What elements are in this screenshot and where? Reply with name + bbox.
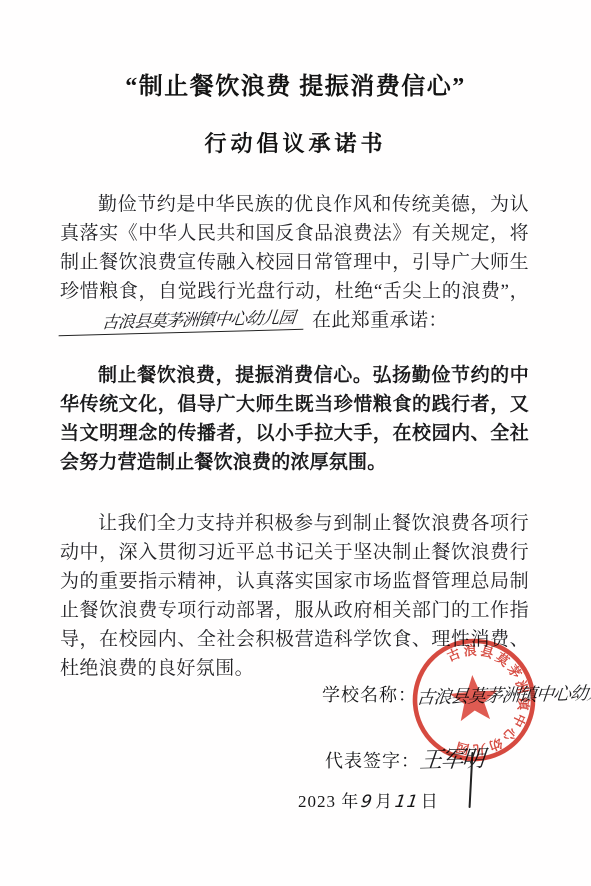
paragraph-opening: 勤俭节约是中华民族的优良作风和传统美德，为认真落实《中华人民共和国反食品浪费法》… <box>60 190 529 335</box>
paragraph-pledge: 制止餐饮浪费，提振消费信心。弘扬勤俭节约的中华传统文化，倡导广大师生既当珍惜粮食… <box>60 361 529 477</box>
seal-star-icon <box>449 673 500 721</box>
date-year-printed: 2023 年 <box>298 792 359 811</box>
document-header: “制止餐饮浪费 提振消费信心” 行动倡议承诺书 <box>0 0 591 158</box>
official-red-seal: 古浪县莫茅洲镇中心幼儿园 <box>404 630 545 771</box>
handwritten-school-name-inline: 古浪县莫茅洲镇中心幼儿园 <box>59 308 306 336</box>
school-name-label: 学校名称： <box>322 685 417 705</box>
date-month-handwritten: 9 <box>358 792 377 812</box>
date-day-label: 日 <box>421 792 439 811</box>
paragraph-opening-text-start: 勤俭节约是中华民族的优良作风和传统美德，为认真落实《中华人民共和国反食品浪费法》… <box>60 194 529 302</box>
document-title-line1: “制止餐饮浪费 提振消费信心” <box>0 66 591 101</box>
pledge-document-page: “制止餐饮浪费 提振消费信心” 行动倡议承诺书 勤俭节约是中华民族的优良作风和传… <box>0 0 591 886</box>
date-row: 2023 年9月11日 <box>298 787 439 812</box>
paragraph-opening-text-end: 在此郑重承诺： <box>312 310 448 331</box>
date-month-label: 月 <box>375 792 393 811</box>
representative-signature-label: 代表签字： <box>325 751 420 771</box>
document-title-line2: 行动倡议承诺书 <box>0 127 591 158</box>
seal-graphic: 古浪县莫茅洲镇中心幼儿园 <box>404 630 545 771</box>
date-day-handwritten: 11 <box>392 792 422 812</box>
document-body: 勤俭节约是中华民族的优良作风和传统美德，为认真落实《中华人民共和国反食品浪费法》… <box>0 158 591 683</box>
